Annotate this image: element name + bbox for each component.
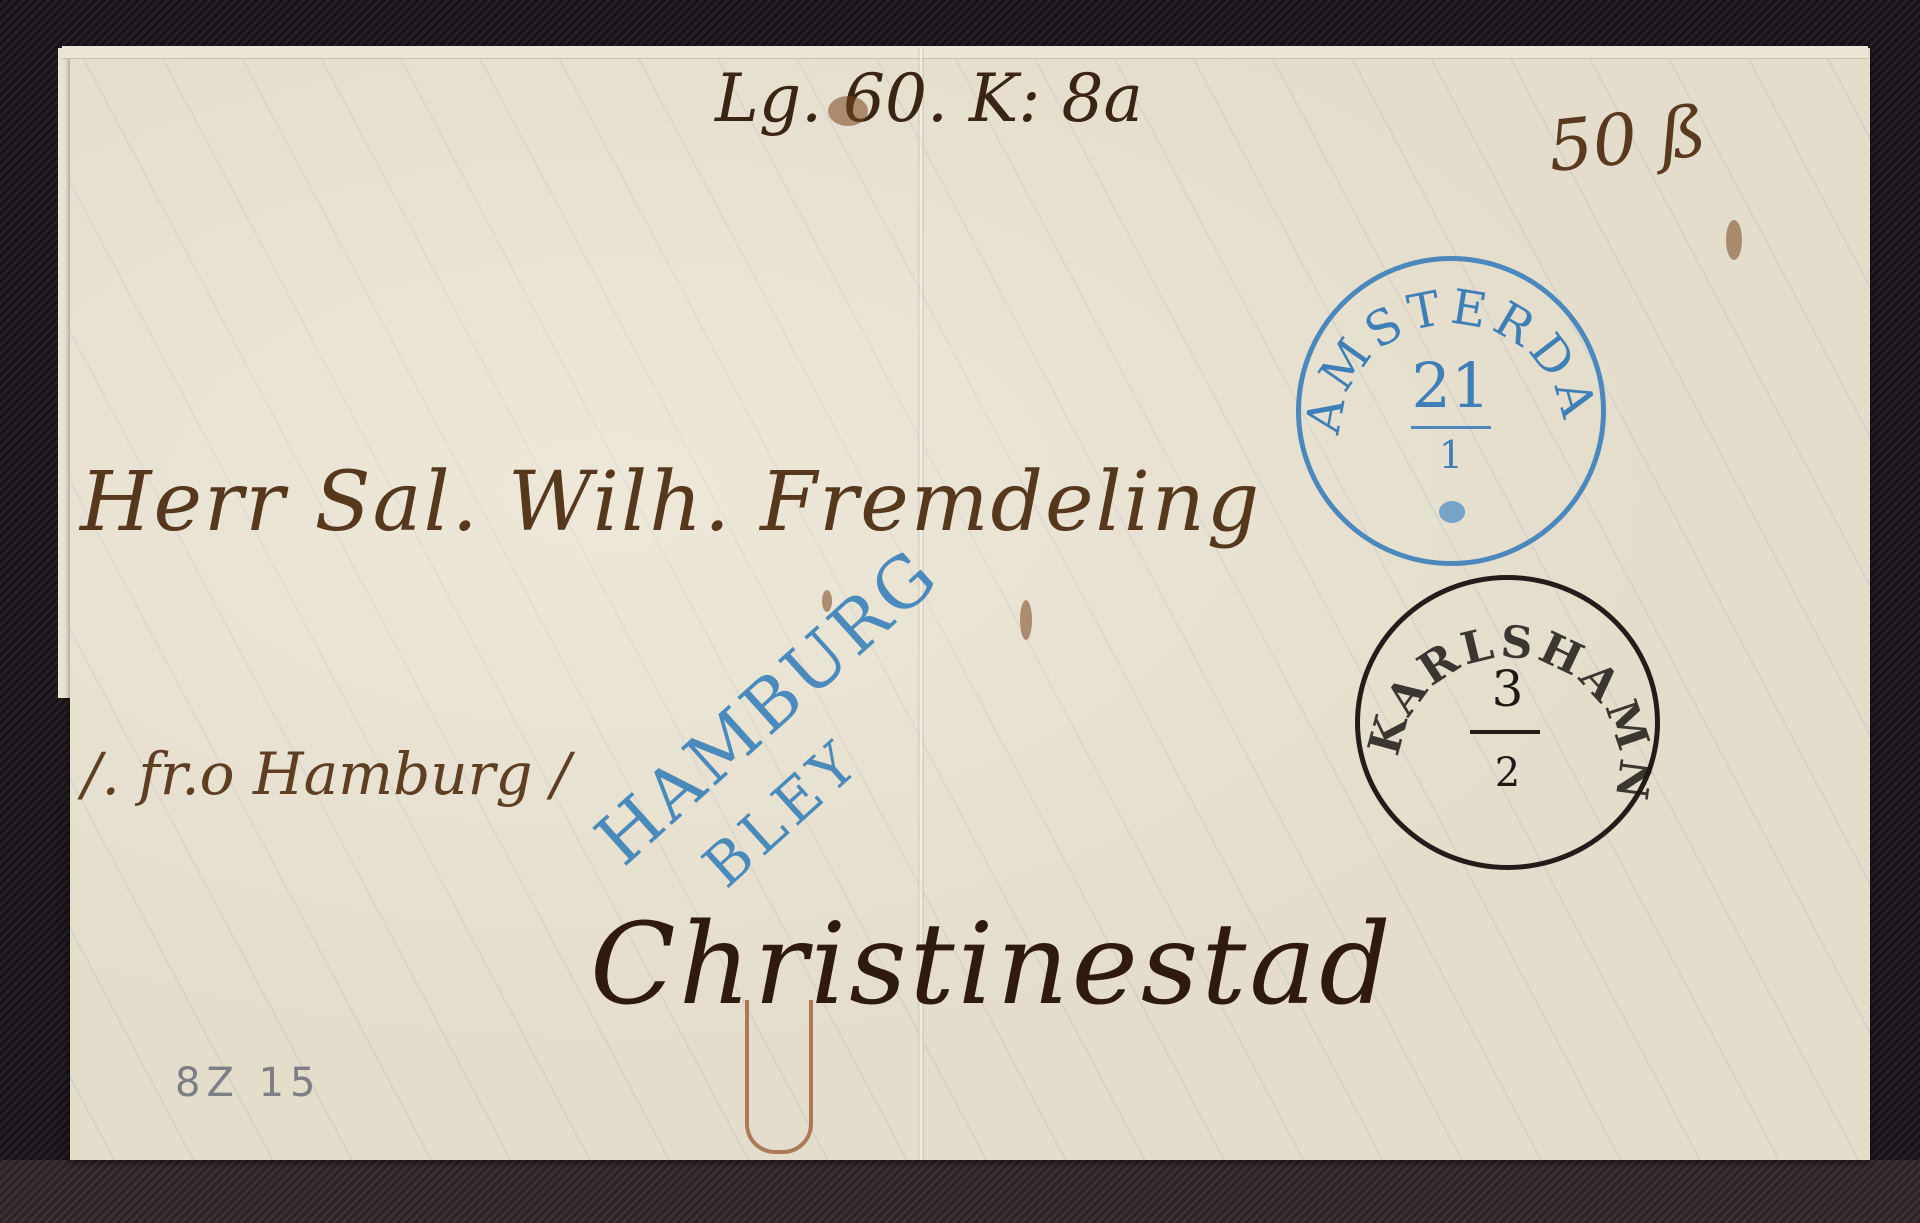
black-postmark-month: 2	[1360, 750, 1655, 796]
red-crayon-mark	[745, 1000, 813, 1154]
addressee-name: Herr Sal. Wilh. Fremdeling	[80, 455, 1261, 550]
ink-stain	[1726, 220, 1742, 260]
ink-stain	[828, 96, 868, 126]
pencil-note: 8Z 15	[175, 1060, 321, 1106]
postage-due-notation: 50 ß	[1544, 90, 1710, 188]
amsterdam-postmark: AMSTERDAM 21 1	[1296, 256, 1606, 566]
amsterdam-month: 1	[1301, 433, 1601, 477]
letter-top-edge	[62, 46, 1868, 59]
background-shadow	[0, 1160, 1920, 1223]
black-circular-postmark: KARLSHAMN 3 2	[1355, 575, 1660, 870]
rate-notation: Lg. 60. K: 8a	[715, 60, 1143, 137]
black-postmark-rule	[1470, 730, 1540, 734]
black-postmark-day: 3	[1360, 660, 1655, 718]
ink-stain	[822, 590, 832, 612]
amsterdam-rule	[1411, 426, 1491, 429]
ink-stain	[1020, 600, 1032, 640]
amsterdam-day: 21	[1301, 349, 1601, 422]
black-ring-text: KARLSHAMN	[1360, 580, 1655, 865]
destination-city: Christinestad	[590, 900, 1394, 1030]
routing-instruction: /. fr.o Hamburg /	[82, 740, 571, 808]
amsterdam-dot	[1439, 501, 1465, 523]
